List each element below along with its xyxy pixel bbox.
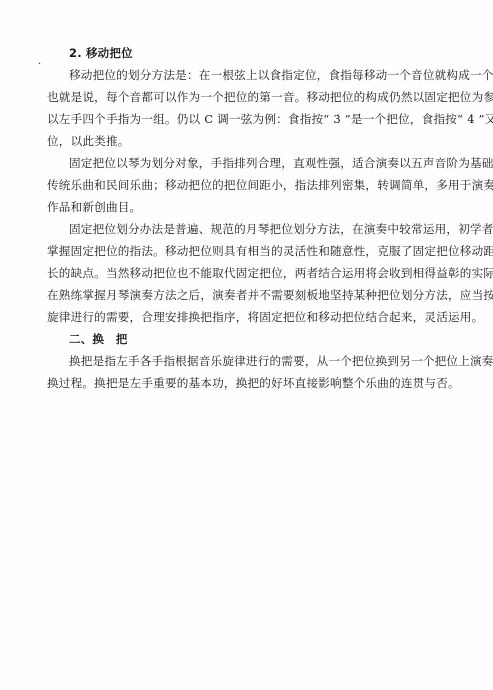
lower-content [0, 0, 493, 690]
